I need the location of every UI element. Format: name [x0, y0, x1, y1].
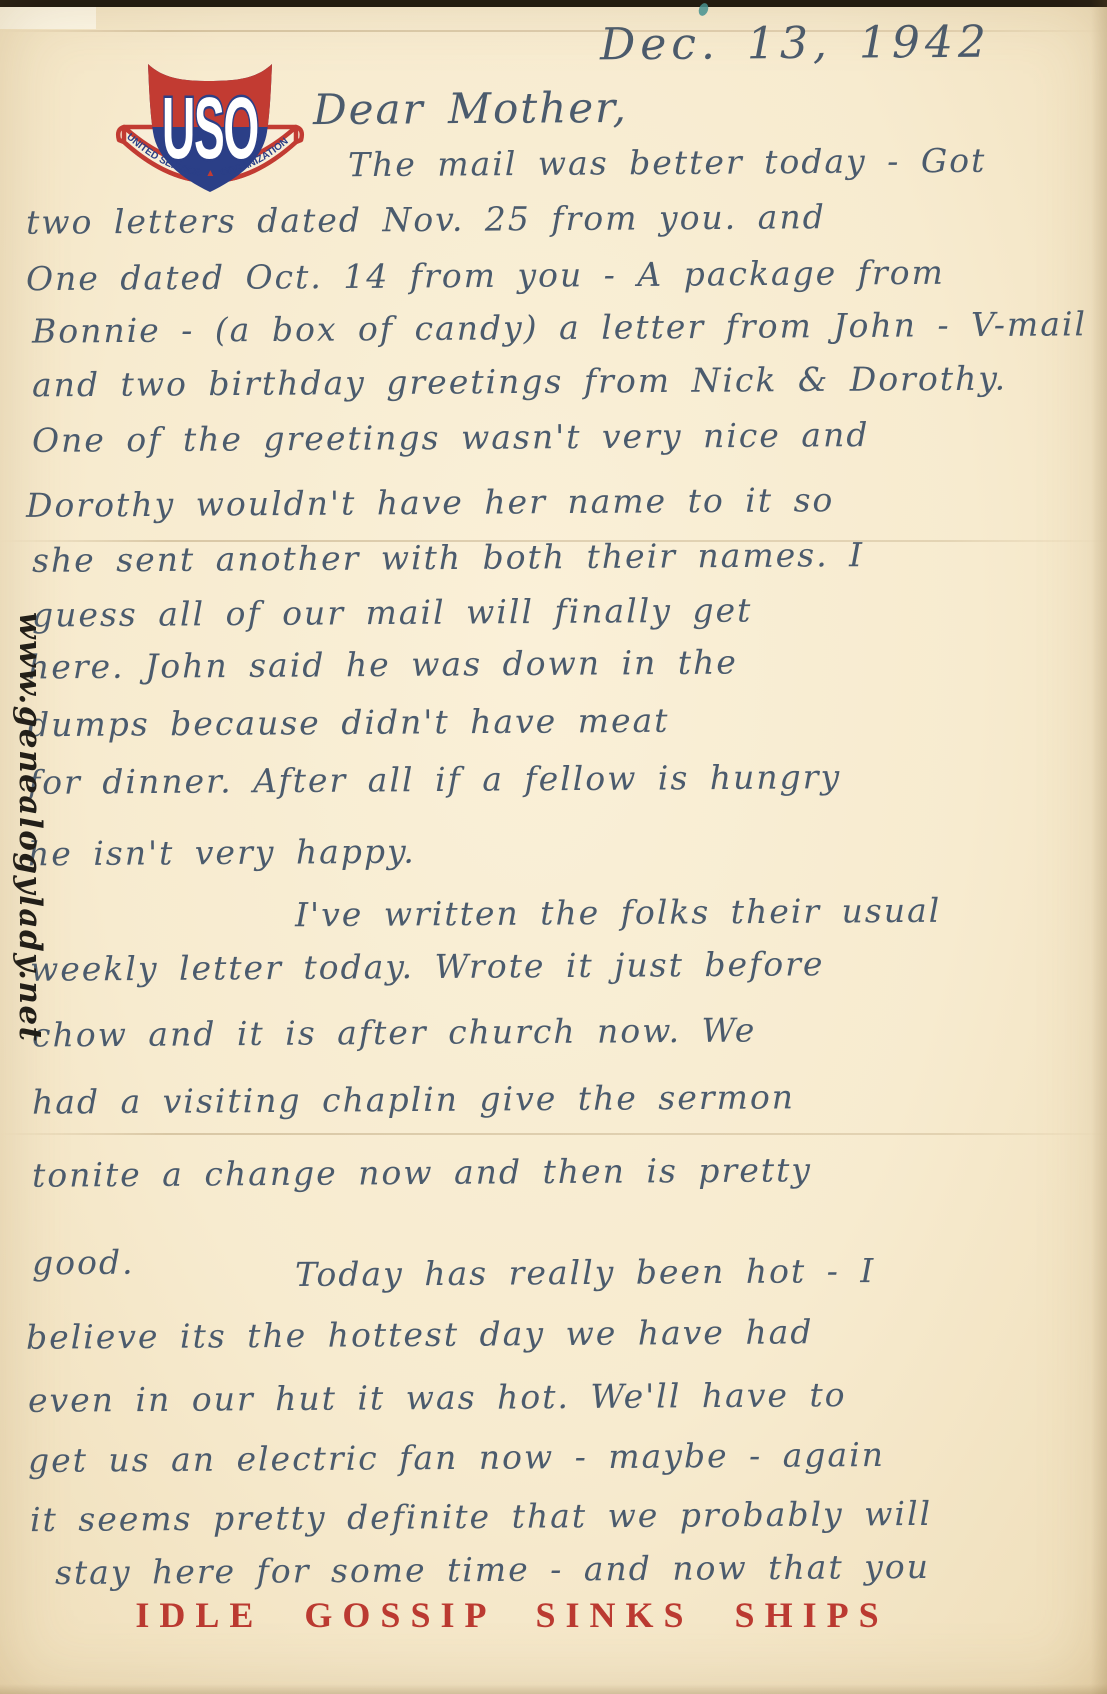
letter-line: he isn't very happy.: [28, 832, 416, 874]
letter-line: Bonnie - (a box of candy) a letter from …: [32, 304, 1087, 350]
letter-line: two letters dated Nov. 25 from you. and: [26, 197, 826, 242]
letter-line: One of the greetings wasn't very nice an…: [32, 415, 870, 460]
letter-salutation: Dear Mother,: [313, 83, 628, 134]
letter-line: good.: [32, 1243, 135, 1283]
letter-line: and two birthday greetings from Nick & D…: [32, 359, 1007, 405]
letter-line: here. John said he was down in the: [28, 643, 738, 687]
scan-edge-bottom: [0, 1684, 1107, 1694]
letter-line: it seems pretty definite that we probabl…: [30, 1494, 932, 1539]
watermark-text: www.genealogylady.net: [12, 612, 48, 1043]
triangle-icon: ▲: [205, 168, 215, 179]
slogan-text: IDLE GOSSIP SINKS SHIPS: [135, 1594, 888, 1636]
letter-line: weekly letter today. Wrote it just befor…: [30, 944, 825, 989]
letter-line: The mail was better today - Got: [348, 141, 987, 184]
letter-line: believe its the hottest day we have had: [26, 1312, 814, 1356]
letter-line: One dated Oct. 14 from you - A package f…: [26, 253, 945, 298]
letter-line: I've written the folks their usual: [295, 891, 942, 935]
letter-line: stay here for some time - and now that y…: [55, 1547, 930, 1592]
letter-page: USO UNITED SERVICE ▲ ORGANIZATIONS Dec. …: [0, 0, 1107, 1694]
letter-line: even in our hut it was hot. We'll have t…: [28, 1375, 847, 1420]
letter-line: Dorothy wouldn't have her name to it so: [26, 480, 835, 525]
letter-line: dumps because didn't have meat: [28, 701, 670, 744]
letter-line: Today has really been hot - I: [295, 1251, 876, 1294]
fold-crease: [0, 1133, 1107, 1135]
scan-edge-right: [1091, 0, 1107, 1694]
uso-logo: USO UNITED SERVICE ▲ ORGANIZATIONS: [114, 54, 306, 206]
scan-edge-top: [0, 0, 1107, 7]
letter-line: guess all of our mail will finally get: [32, 590, 753, 634]
letter-date: Dec. 13, 1942: [600, 17, 991, 71]
letter-line: she sent another with both their names. …: [32, 535, 864, 580]
letter-line: for dinner. After all if a fellow is hun…: [28, 757, 841, 802]
letter-line: get us an electric fan now - maybe - aga…: [28, 1435, 885, 1480]
scan-corner-highlight: [0, 7, 96, 29]
letter-line: had a visiting chaplin give the sermon: [32, 1077, 795, 1121]
letter-line: tonite a change now and then is pretty: [32, 1150, 812, 1194]
letter-line: chow and it is after church now. We: [32, 1010, 757, 1054]
